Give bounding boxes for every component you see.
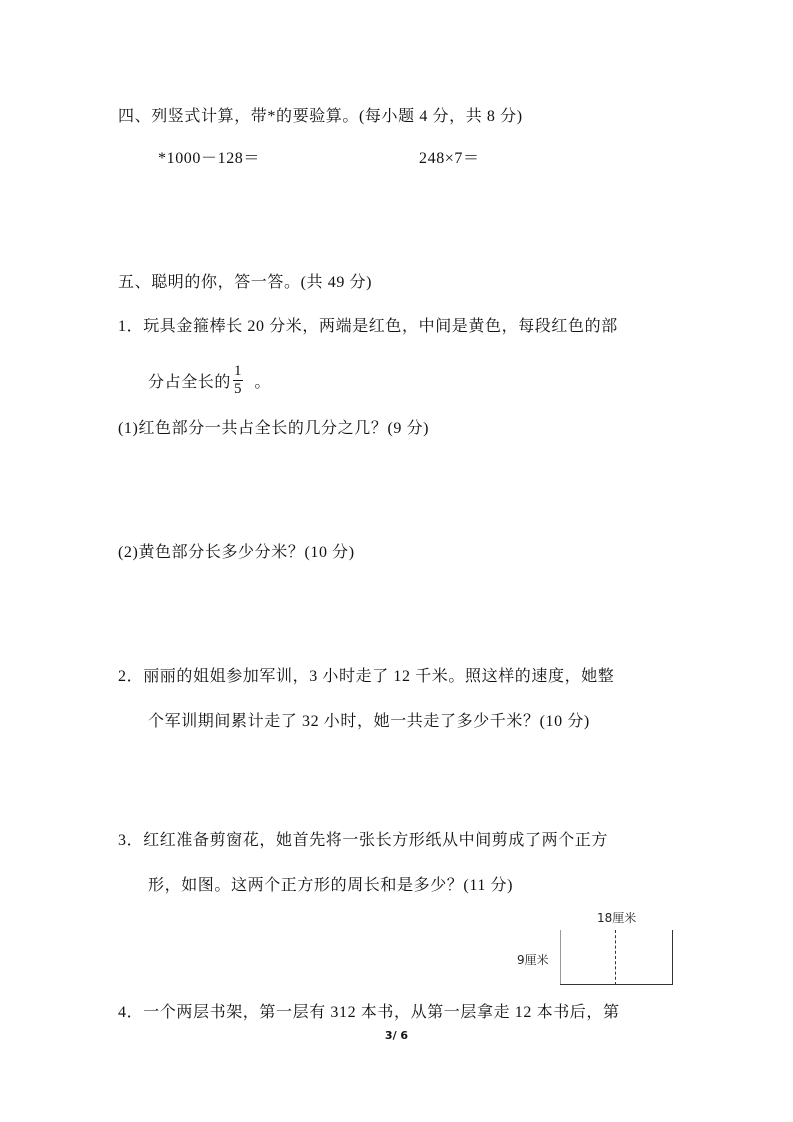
q1-sub2: (2)黄色部分长多少分米？(10 分) xyxy=(118,543,355,563)
q3-line2: 形，如图。这两个正方形的周长和是多少？(11 分) xyxy=(148,876,513,896)
q4-line1: 4．一个两层书架，第一层有 312 本书，从第一层拿走 12 本书后，第 xyxy=(118,1003,620,1023)
page-number: 3/ 6 xyxy=(0,1029,793,1042)
rectangle-bottom-edge xyxy=(560,984,673,985)
section4-heading: 四、列竖式计算，带*的要验算。(每小题 4 分，共 8 分) xyxy=(118,107,523,127)
fraction-numerator: 1 xyxy=(233,363,243,381)
q2-line1: 2．丽丽的姐姐参加军训，3 小时走了 12 千米。照这样的速度，她整 xyxy=(118,667,614,687)
q1-line2: 分占全长的15 。 xyxy=(148,366,271,401)
q1-sub1: (1)红色部分一共占全长的几分之几？(9 分) xyxy=(118,419,429,439)
q1-line2-prefix: 分占全长的 xyxy=(148,374,231,391)
height-label: 9厘米 xyxy=(517,951,549,968)
rectangle-right-edge xyxy=(672,930,673,985)
problem-1000-minus-128: *1000－128＝ xyxy=(158,149,260,169)
q1-line2-suffix: 。 xyxy=(254,374,271,391)
problem-248-times-7: 248×7＝ xyxy=(419,149,480,169)
fraction-one-fifth: 15 xyxy=(233,363,243,398)
rectangle-left-edge xyxy=(560,930,561,985)
width-label: 18厘米 xyxy=(597,909,636,926)
dashed-cut-line xyxy=(615,930,616,985)
fraction-denominator: 5 xyxy=(233,381,243,398)
q1-line1: 1．玩具金箍棒长 20 分米，两端是红色，中间是黄色，每段红色的部 xyxy=(118,317,618,337)
q2-line2: 个军训期间累计走了 32 小时，她一共走了多少千米？(10 分) xyxy=(148,712,590,732)
q3-line1: 3．红红准备剪窗花，她首先将一张长方形纸从中间剪成了两个正方 xyxy=(118,831,608,851)
section5-heading: 五、聪明的你，答一答。(共 49 分) xyxy=(118,273,372,293)
rectangle-diagram: 18厘米 9厘米 xyxy=(500,900,693,1000)
